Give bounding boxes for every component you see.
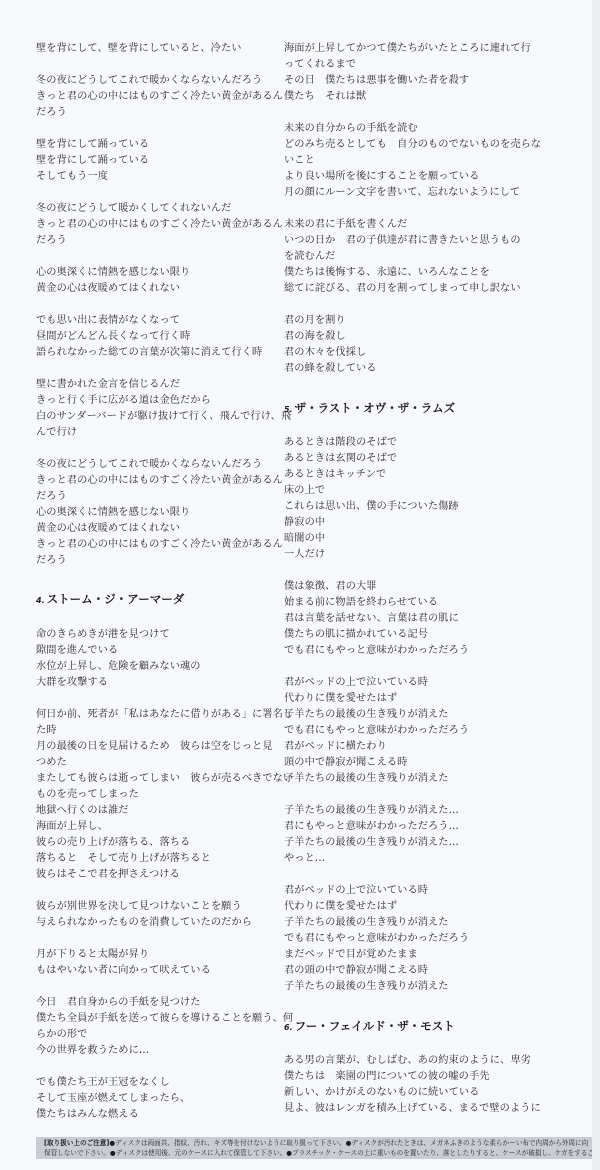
lyric-line: ものを売ってしまった bbox=[36, 788, 139, 802]
lyric-line: 子羊たちの最後の生き残りが消えた… bbox=[284, 804, 459, 818]
lyric-line: 心の奥深くに情熱を感じない限り bbox=[36, 506, 190, 520]
lyrics-booklet-page: 壁を背にして、壁を背にしていると、冷たい冬の夜にどうしてこれで暖かくならないんだ… bbox=[0, 0, 592, 1170]
lyric-line: 代わりに僕を愛せたはず bbox=[284, 900, 397, 914]
lyric-line: 海面が上昇してかつて僕たちがいたところに連れて行 bbox=[284, 42, 531, 56]
lyric-line: 暗闇の中 bbox=[284, 532, 325, 546]
lyric-line: 頭の中で静寂が聞こえる時 bbox=[284, 756, 407, 770]
lyric-line: でも君にもやっと意味がわかっただろう bbox=[284, 644, 469, 658]
lyric-line: でも君にもやっと意味がわかっただろう bbox=[284, 724, 469, 738]
lyric-line: 水位が上昇し、危険を顧みない魂の bbox=[36, 660, 201, 674]
lyric-line: 黄金の心は夜暖めてはくれない bbox=[36, 522, 180, 536]
lyric-line: 子羊たちの最後の生き残りが消えた bbox=[284, 916, 449, 930]
lyric-line: 海面が上昇し、 bbox=[36, 820, 108, 834]
lyric-line: 与えられなかったものを消費していたのだから bbox=[36, 916, 252, 930]
lyric-line: 地獄へ行くのは誰だ bbox=[36, 804, 129, 818]
lyric-line: またしても彼らは逝ってしまい 彼らが売るべきでない bbox=[36, 772, 293, 786]
lyric-line: 何日か前、死者が「私はあなたに借りがある」に署名し bbox=[36, 708, 293, 722]
page-edge bbox=[592, 0, 600, 1170]
lyric-line: 語られなかった総ての言葉が次第に消えて行く時 bbox=[36, 346, 262, 360]
lyric-line: どのみち売るとしても 自分のものでないものを売らな bbox=[284, 138, 541, 152]
lyric-line: 君の蜂を殺している bbox=[284, 362, 377, 376]
lyric-line: 今の世界を救うために… bbox=[36, 1044, 149, 1058]
notice-text-1: ●ディスクは両面共、指紋、汚れ、キズ等を付けないように取り扱って下さい。●ディス… bbox=[109, 1139, 588, 1147]
lyric-line: あるときは玄関のそばで bbox=[284, 452, 397, 466]
lyric-line: 大群を攻撃する bbox=[36, 676, 108, 690]
lyric-line: 冬の夜にどうして暖かくしてくれないんだ bbox=[36, 202, 231, 216]
lyric-line: もはやいない者に向かって吠えている bbox=[36, 964, 211, 978]
lyric-line: 子羊たちの最後の生き残りが消えた bbox=[284, 708, 449, 722]
lyric-line: でも君にもやっと意味がわかっただろう bbox=[284, 932, 469, 946]
lyric-line: 壁を背にして踊っている bbox=[36, 138, 149, 152]
track-number: 5. bbox=[284, 405, 293, 414]
lyric-line: きっと君の心の中にはものすごく冷たい黄金があるん bbox=[36, 90, 283, 104]
lyric-line: まだベッドで目が覚めたまま bbox=[284, 948, 418, 962]
lyric-line: 僕たちは後悔する、永遠に、いろんなことを bbox=[284, 266, 490, 280]
track-number: 6. bbox=[284, 1023, 293, 1032]
lyric-line: やっと… bbox=[284, 852, 325, 866]
handling-notice: [取り扱い上のご注意]●ディスクは両面共、指紋、汚れ、キズ等を付けないように取り… bbox=[36, 1137, 592, 1159]
track-number: 4. bbox=[36, 596, 45, 605]
lyric-line: 彼らの売り上げが落ちる、落ちる bbox=[36, 836, 190, 850]
song-title-heading: 4.ストーム・ジ・アーマーダ bbox=[36, 592, 184, 608]
lyric-line: 新しい、かけがえのないものに続いている bbox=[284, 1086, 479, 1100]
lyric-line: 命のきらめきが港を見つけて bbox=[36, 628, 170, 642]
lyric-line: 君がベッドの上で泣いている時 bbox=[284, 884, 428, 898]
lyric-line: つめた bbox=[36, 756, 67, 770]
lyric-line: そしてもう一度 bbox=[36, 170, 108, 184]
lyric-line: きっと君の心の中にはものすごく冷たい黄金があるん bbox=[36, 474, 283, 488]
lyric-line: だろう bbox=[36, 106, 67, 120]
lyric-line: を読むんだ bbox=[284, 250, 335, 264]
song-title-heading: 5.ザ・ラスト・オヴ・ザ・ラムズ bbox=[284, 401, 455, 417]
lyric-line: 静寂の中 bbox=[284, 516, 325, 530]
lyric-line: でも思い出に表情がなくなって bbox=[36, 314, 180, 328]
lyric-line: だろう bbox=[36, 554, 67, 568]
lyric-line: 見よ、彼はレンガを積み上げている、まるで壁のように bbox=[284, 1102, 541, 1116]
lyric-line: 未来の君に手紙を書くんだ bbox=[284, 218, 407, 232]
song-title: フー・フェイルド・ザ・モスト bbox=[295, 1019, 455, 1033]
lyric-line: 黄金の心は夜暖めてはくれない bbox=[36, 282, 180, 296]
lyric-line: いこと bbox=[284, 154, 315, 168]
lyric-line: 子羊たちの最後の生き残りが消えた… bbox=[284, 836, 459, 850]
lyric-line: 冬の夜にどうしてこれで暖かくならないんだろう bbox=[36, 74, 262, 88]
lyric-line: んで行け bbox=[36, 426, 77, 440]
lyric-line: 落ちると そして売り上げが落ちると bbox=[36, 852, 211, 866]
lyric-line: 冬の夜にどうしてこれで暖かくならないんだろう bbox=[36, 458, 262, 472]
lyric-line: きっと行く手に広がる道は金色だから bbox=[36, 394, 211, 408]
lyric-line: だろう bbox=[36, 490, 67, 504]
lyric-line: より良い場所を後にすることを願っている bbox=[284, 170, 479, 184]
lyric-line: 君は言葉を話せない、言葉は君の肌に bbox=[284, 612, 459, 626]
lyric-line: 君の木々を伐採し bbox=[284, 346, 366, 360]
song-title: ストーム・ジ・アーマーダ bbox=[47, 592, 185, 606]
lyric-line: 壁に書かれた金言を信じるんだ bbox=[36, 378, 180, 392]
lyric-line: 月の顔にルーン文字を書いて、忘れないようにして bbox=[284, 186, 520, 200]
lyric-line: 僕たちの肌に描かれている記号 bbox=[284, 628, 428, 642]
lyric-line: ってくれるまで bbox=[284, 58, 356, 72]
notice-line-2: 保管しないで下さい。●ディスクは使用後、元のケースに入れて保管して下さい。●プラ… bbox=[44, 1148, 592, 1158]
lyric-line: 僕は象徴、君の大罪 bbox=[284, 580, 377, 594]
lyric-line: いつの日か 君の子供達が君に書きたいと思うもの bbox=[284, 234, 521, 248]
song-title-heading: 6.フー・フェイルド・ザ・モスト bbox=[284, 1019, 455, 1035]
lyric-line: 子羊たちの最後の生き残りが消えた bbox=[284, 980, 449, 994]
notice-label: [取り扱い上のご注意] bbox=[44, 1139, 109, 1147]
song-title: ザ・ラスト・オヴ・ザ・ラムズ bbox=[295, 401, 456, 415]
lyric-line: 始まる前に物語を終わらせている bbox=[284, 596, 438, 610]
lyric-line: 彼らが別世界を決して見つけないことを願う bbox=[36, 900, 242, 914]
lyric-line: 僕たち それは獣 bbox=[284, 90, 366, 104]
lyric-line: これらは思い出、僕の手についた傷跡 bbox=[284, 500, 459, 514]
lyric-line: 今日 君自身からの手紙を見つけた bbox=[36, 996, 201, 1010]
lyric-line: 総てに詫びる、君の月を割ってしまって申し訳ない bbox=[284, 282, 521, 296]
lyric-line: 君にもやっと意味がわかっただろう… bbox=[284, 820, 459, 834]
lyric-line: でも僕たち王が王冠をなくし bbox=[36, 1076, 170, 1090]
lyric-line: 白のサンダーバードが駆け抜けて行く、飛んで行け、飛 bbox=[36, 410, 291, 424]
lyric-line: 壁を背にして踊っている bbox=[36, 154, 149, 168]
lyric-line: 子羊たちの最後の生き残りが消えた bbox=[284, 772, 449, 786]
lyric-line: 心の奥深くに情熱を感じない限り bbox=[36, 266, 190, 280]
lyric-line: 僕たちは 楽園の門についての彼の嘘の手先 bbox=[284, 1070, 490, 1084]
lyric-line: 君の海を殺し bbox=[284, 330, 346, 344]
lyric-line: 一人だけ bbox=[284, 548, 325, 562]
lyric-line: 君がベッドに横たわり bbox=[284, 740, 387, 754]
lyric-line: そして玉座が燃えてしまったら、 bbox=[36, 1092, 190, 1106]
lyric-line: だろう bbox=[36, 234, 67, 248]
lyric-line: 未来の自分からの手紙を読む bbox=[284, 122, 418, 136]
lyric-line: 昼間がどんどん長くなって行く時 bbox=[36, 330, 190, 344]
lyric-line: 君の頭の中で静寂が聞こえる時 bbox=[284, 964, 428, 978]
lyric-line: 月が下りると太陽が昇り bbox=[36, 948, 149, 962]
notice-line-1: [取り扱い上のご注意]●ディスクは両面共、指紋、汚れ、キズ等を付けないように取り… bbox=[44, 1138, 588, 1148]
lyric-line: その日 僕たちは悪事を働いた者を殺す bbox=[284, 74, 469, 88]
lyric-line: あるときはキッチンで bbox=[284, 468, 386, 482]
lyric-line: らかの形で bbox=[36, 1028, 87, 1042]
lyric-line: 君の月を割り bbox=[284, 314, 346, 328]
lyric-line: 僕たち全員が手紙を送って彼らを導けることを願う、何 bbox=[36, 1012, 293, 1026]
lyric-line: 床の上で bbox=[284, 484, 325, 498]
lyric-line: あるときは階段のそばで bbox=[284, 436, 397, 450]
lyric-line: 壁を背にして、壁を背にしていると、冷たい bbox=[36, 42, 242, 56]
lyric-line: た時 bbox=[36, 724, 57, 738]
lyric-line: 隙間を進んでいる bbox=[36, 644, 118, 658]
lyric-line: きっと君の心の中にはものすごく冷たい黄金があるん bbox=[36, 218, 283, 232]
lyric-line: きっと君の心の中にはものすごく冷たい黄金があるん bbox=[36, 538, 283, 552]
lyric-line: 君がベッドの上で泣いている時 bbox=[284, 676, 428, 690]
notice-text-2: 保管しないで下さい。●ディスクは使用後、元のケースに入れて保管して下さい。●プラ… bbox=[44, 1149, 592, 1157]
lyric-line: 代わりに僕を愛せたはず bbox=[284, 692, 397, 706]
lyric-line: 月の最後の日を見届けるため 彼らは空をじっと見 bbox=[36, 740, 273, 754]
lyric-line: ある男の言葉が、むしばむ、あの約束のように、卑劣 bbox=[284, 1054, 531, 1068]
lyric-line: 僕たちはみんな燃える bbox=[36, 1108, 139, 1122]
lyric-line: 彼らはそこで君を押さえつける bbox=[36, 868, 180, 882]
